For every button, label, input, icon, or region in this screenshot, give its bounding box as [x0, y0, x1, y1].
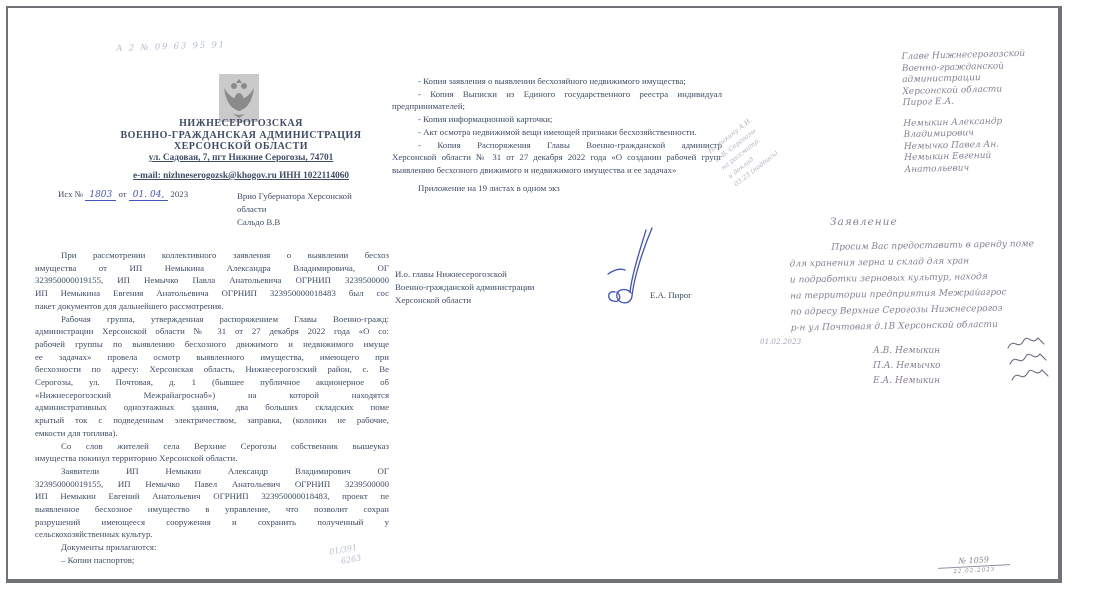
letter-body-line: администрации Херсонской области № 31 от…	[35, 325, 389, 338]
letter-body-line: «Нижнесерогозский Межрайагроснаб») на ко…	[35, 389, 389, 402]
letter-body-line: имущества покинул территорию Херсонской …	[35, 452, 389, 465]
org-line: НИЖНЕСЕРОГОЗСКАЯ	[71, 118, 411, 130]
outgoing-year: 2023	[171, 189, 189, 199]
application-signatory-name: А.В. Немыкин	[873, 344, 941, 359]
letter-body-line: крытый ток с подведенным электричеством,…	[35, 414, 389, 427]
attachment-line: выявлению бесхозного движимого и недвижи…	[392, 164, 722, 177]
letter-body-line: При рассмотрении коллективного заявления…	[35, 249, 389, 262]
application-date: 01.02.2023	[760, 337, 801, 346]
letter-body-line: разрушений имеющееся сооружения и сохран…	[35, 516, 389, 529]
application-addressee-block: Главе НижнесерогозскойВоенно-гражданской…	[901, 48, 1064, 176]
org-line: ВОЕННО-ГРАЖДАНСКАЯ АДМИНИСТРАЦИЯ	[71, 130, 411, 142]
attachments-list: - Копия заявления о выявлении бесхозяйно…	[392, 75, 722, 194]
letter-body-line: рабочей группы по выявлению бесхозного д…	[35, 338, 389, 351]
signatory-pen-strokes-icon	[1002, 334, 1060, 392]
application-signatories: А.В. НемыкинП.А. НемычкоЕ.А. Немыкин	[873, 344, 941, 389]
outgoing-number-row: Исх № 1803 от 01. 04, 2023	[58, 189, 188, 201]
letter-body-line: 323950000019155, ИП Немычко Павел Анатол…	[35, 478, 389, 491]
outgoing-number-handwritten: 1803	[85, 190, 116, 201]
outgoing-date-handwritten: 01. 04,	[129, 190, 169, 201]
attachment-line: Приложение на 19 листах в одном экз	[392, 182, 722, 195]
attachment-line: предпринимателей;	[392, 100, 722, 113]
attachment-line: - Копия Выписки из Единого государственн…	[392, 88, 722, 101]
addressee-line: области	[237, 203, 397, 216]
pirog-name: Е.А. Пирог	[650, 290, 692, 300]
application-signatory-name: П.А. Немычко	[873, 359, 941, 374]
addressee-line: Сальдо В.В	[237, 216, 397, 229]
letter-body-line: имущества от ИП Немыкина Александра Влад…	[35, 262, 389, 275]
letterhead-org-name: НИЖНЕСЕРОГОЗСКАЯВОЕННО-ГРАЖДАНСКАЯ АДМИН…	[71, 118, 411, 153]
letter-body-line: административных одноэтажных здания, два…	[35, 401, 389, 414]
letter-body-line: ее задачах» провела осмотр выявленного и…	[35, 351, 389, 364]
document-scan: А 2 № 09 63 95 91 НИЖНЕСЕРОГОЗСКАЯВОЕННО…	[0, 0, 1094, 596]
acting-head-title-block: И.о. главы НижнесерогозскойВоенно-гражда…	[395, 268, 605, 307]
attachment-line: - Копия информационной карточки;	[392, 113, 722, 126]
letter-body-line: 323950000019155, ИП Немычко Павла Анатол…	[35, 274, 389, 287]
letterhead-email-line: e-mail: nizhneserogozsk@khogov.ru ИНН 10…	[71, 171, 411, 181]
addressee-line: Врио Губернатора Херсонской	[237, 190, 397, 203]
acting-head-title-line: Херсонской области	[395, 294, 605, 307]
application-title: Заявление	[830, 216, 898, 228]
letter-body-line: ИП Немыкин Евгений Анатольевич ОГРНИП 32…	[35, 490, 389, 503]
coat-of-arms-icon	[219, 74, 259, 122]
letter-body-line: пакет документов для дальнейшего рассмот…	[35, 300, 389, 313]
letter-body-line: выявленное бесхозное имущество в управле…	[35, 503, 389, 516]
addressee-block: Врио Губернатора ХерсонскойобластиСальдо…	[237, 190, 397, 229]
attachment-line: - Акт осмотра недвижимой вещи имеющей пр…	[392, 126, 722, 139]
letter-body-line: Рабочая группа, утвержденная распоряжени…	[35, 313, 389, 326]
acting-head-title-line: И.о. главы Нижнесерогозской	[395, 268, 605, 281]
letter-body-line: сельскохозяйственных культур.	[35, 528, 389, 541]
letterhead-postal-address: ул. Садовая, 7, пгт Нижние Серогозы, 747…	[71, 153, 411, 163]
letter-body: При рассмотрении коллективного заявления…	[35, 249, 389, 567]
attachment-line: Херсонской области № 31 от 27 декабря 20…	[392, 151, 722, 164]
org-line: ХЕРСОНСКОЙ ОБЛАСТИ	[71, 141, 411, 153]
letter-body-line: Заявители ИП Немыкин Александр Владимиро…	[35, 465, 389, 478]
acting-head-title-line: Военно-гражданской администрации	[395, 281, 605, 294]
letter-body-line: бесхозности по адресу: Херсонская област…	[35, 363, 389, 376]
letter-body-line: Серогозы, ул. Почтовая, д. 1 (бывшее пуб…	[35, 376, 389, 389]
attachment-line: - Копия заявления о выявлении бесхозяйно…	[392, 75, 722, 88]
application-body: Просим Вас предоставить в аренду помедля…	[789, 236, 1076, 337]
application-signatory-name: Е.А. Немыкин	[873, 374, 941, 389]
outgoing-from-label: от	[118, 189, 126, 199]
letter-body-line: ИП Немыкина Евгения Анатольевича ОГРНИП …	[35, 287, 389, 300]
outgoing-label: Исх №	[58, 189, 83, 199]
incoming-stamp: № 1059 22.02.2023	[938, 554, 1011, 576]
letter-body-line: Со слов жителей села Верхние Серогозы со…	[35, 440, 389, 453]
attachment-line: - Копия Распоряжения Главы Военно-гражда…	[392, 139, 722, 152]
letter-body-line: емкости для топлива).	[35, 427, 389, 440]
